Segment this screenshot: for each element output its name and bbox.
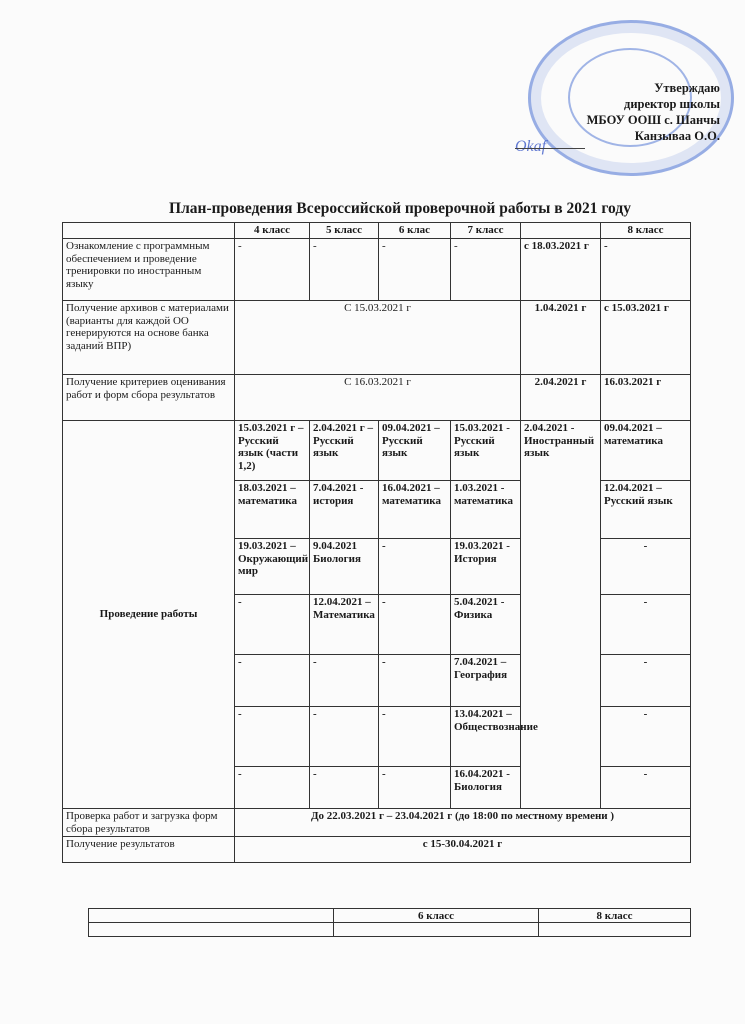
- cell: 1.04.2021 г: [521, 301, 601, 375]
- cell: -: [310, 707, 379, 767]
- cell: -: [235, 595, 310, 655]
- document-title: План-проведения Всероссийской проверочно…: [100, 200, 700, 218]
- cell: 12.04.2021 – Русский язык: [601, 481, 691, 539]
- cell: 2.04.2021 г – Русский язык: [310, 421, 379, 481]
- header-cell: 6 класс: [334, 909, 539, 923]
- cell-span: С 15.03.2021 г: [235, 301, 521, 375]
- approval-line: директор школы: [525, 96, 720, 112]
- cell: -: [235, 767, 310, 809]
- cell: 12.04.2021 – Математика: [310, 595, 379, 655]
- row-label: Получение критериев оценивания работ и ф…: [63, 375, 235, 421]
- row-label: Ознакомление с программным обеспечением …: [63, 239, 235, 301]
- cell: 19.03.2021 - История: [451, 539, 521, 595]
- table-row: Получение критериев оценивания работ и ф…: [63, 375, 691, 421]
- cell: 19.03.2021 – Окружающий мир: [235, 539, 310, 595]
- cell: -: [379, 707, 451, 767]
- header-cell: 8 класс: [601, 223, 691, 239]
- header-cell: 4 класс: [235, 223, 310, 239]
- cell: 15.03.2021 г – Русский язык (части 1,2): [235, 421, 310, 481]
- cell: -: [601, 767, 691, 809]
- cell: -: [379, 767, 451, 809]
- cell: -: [235, 707, 310, 767]
- cell: 9.04.2021 Биология: [310, 539, 379, 595]
- plan-table: 4 класс 5 класс 6 клас 7 класс 8 класс О…: [62, 222, 691, 863]
- cell: -: [310, 239, 379, 301]
- cell: -: [379, 539, 451, 595]
- cell: 09.04.2021 – Русский язык: [379, 421, 451, 481]
- table-row: Получение архивов с материалами (вариант…: [63, 301, 691, 375]
- footer-header-row: 6 класс 8 класс: [89, 909, 691, 923]
- cell: -: [379, 655, 451, 707]
- header-cell: 5 класс: [310, 223, 379, 239]
- cell: 7.04.2021 - история: [310, 481, 379, 539]
- row-label: Проведение работы: [63, 421, 235, 809]
- cell: 5.04.2021 - Физика: [451, 595, 521, 655]
- cell: -: [310, 655, 379, 707]
- cell: -: [379, 595, 451, 655]
- approval-line: Утверждаю: [525, 80, 720, 96]
- cell: -: [601, 707, 691, 767]
- cell: 16.04.2021 - Биология: [451, 767, 521, 809]
- cell: с 15.03.2021 г: [601, 301, 691, 375]
- cell: -: [310, 767, 379, 809]
- table-row: Ознакомление с программным обеспечением …: [63, 239, 691, 301]
- cell-span: с 15-30.04.2021 г: [235, 837, 691, 863]
- cell: -: [235, 655, 310, 707]
- cell: -: [379, 239, 451, 301]
- cell: -: [451, 239, 521, 301]
- cell-span: С 16.03.2021 г: [235, 375, 521, 421]
- cell: 16.04.2021 – математика: [379, 481, 451, 539]
- table-row: Проверка работ и загрузка форм сбора рез…: [63, 809, 691, 837]
- cell: -: [601, 595, 691, 655]
- cell: 09.04.2021 – математика: [601, 421, 691, 481]
- table-row: Получение результатов с 15-30.04.2021 г: [63, 837, 691, 863]
- row-label: Получение архивов с материалами (вариант…: [63, 301, 235, 375]
- header-cell: [89, 909, 334, 923]
- cell: -: [601, 539, 691, 595]
- cell: -: [601, 239, 691, 301]
- cell: 13.04.2021 – Обществознание: [451, 707, 521, 767]
- cell: 16.03.2021 г: [601, 375, 691, 421]
- row-label: Получение результатов: [63, 837, 235, 863]
- footer-row: [89, 923, 691, 937]
- header-cell: [63, 223, 235, 239]
- cell: 18.03.2021 – математика: [235, 481, 310, 539]
- cell-span: До 22.03.2021 г – 23.04.2021 г (до 18:00…: [235, 809, 691, 837]
- cell: -: [235, 239, 310, 301]
- conduct-row: Проведение работы 15.03.2021 г – Русский…: [63, 421, 691, 481]
- cell: 2.04.2021 - Иностранный язык: [521, 421, 601, 809]
- approval-line: МБОУ ООШ с. Шанчы: [525, 112, 720, 128]
- header-cell: 6 клас: [379, 223, 451, 239]
- cell: 15.03.2021 - Русский язык: [451, 421, 521, 481]
- header-cell: 7 класс: [451, 223, 521, 239]
- approval-block: Утверждаю директор школы МБОУ ООШ с. Шан…: [525, 80, 720, 144]
- cell: с 18.03.2021 г: [521, 239, 601, 301]
- row-label: Проверка работ и загрузка форм сбора рез…: [63, 809, 235, 837]
- cell: 7.04.2021 – География: [451, 655, 521, 707]
- footer-table: 6 класс 8 класс: [88, 908, 691, 937]
- signature-line: [515, 148, 585, 149]
- header-cell: [521, 223, 601, 239]
- cell: -: [601, 655, 691, 707]
- cell: 2.04.2021 г: [521, 375, 601, 421]
- cell: 1.03.2021 - математика: [451, 481, 521, 539]
- header-cell: 8 класс: [539, 909, 691, 923]
- header-row: 4 класс 5 класс 6 клас 7 класс 8 класс: [63, 223, 691, 239]
